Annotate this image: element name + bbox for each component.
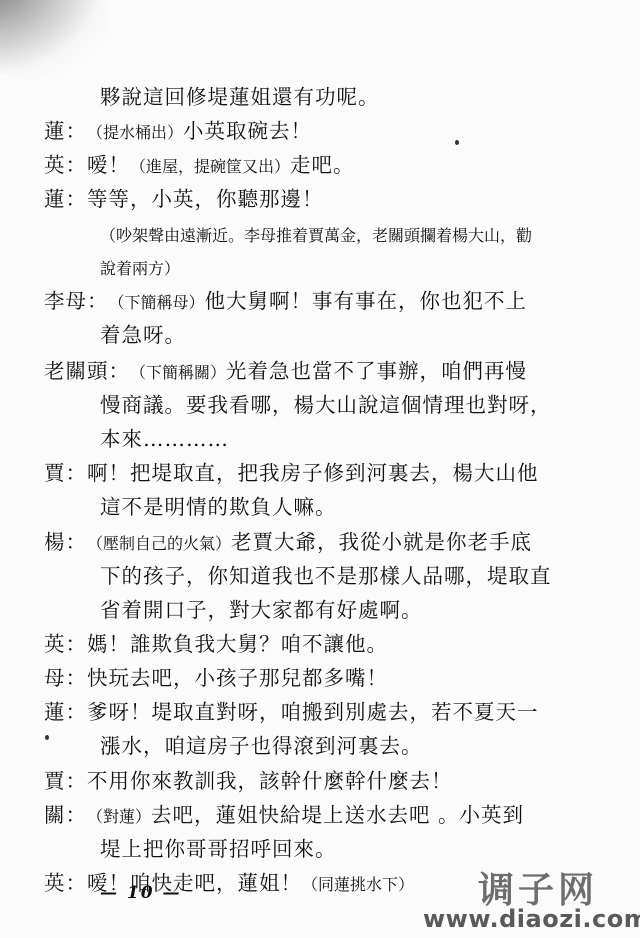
speaker-name: 蓮： (44, 186, 87, 212)
stage-direction: （下簡稱關） (130, 363, 226, 382)
script-line: 關：（對蓮）去吧，蓮姐快給堤上送水去吧 。小英到 (44, 802, 524, 830)
script-line: 賈：啊！把堤取直，把我房子修到河裏去，楊大山他 (44, 460, 539, 486)
script-line: 漲水，咱這房子也得滾到河裏去。 (100, 733, 423, 759)
script-line: 蓮：爹呀！堤取直對呀，咱搬到別處去，若不夏天一 (44, 699, 539, 725)
speaker-name: 英： (44, 870, 87, 896)
script-line: 楊：（壓制自己的火氣）老賈大爺，我從小就是你老手底 (44, 529, 532, 557)
script-line: 李母：（下簡稱母）他大舅啊！事有事在，你也犯不上 (44, 288, 527, 316)
script-line: 下的孩子，你知道我也不是那樣人品哪，堤取直 (100, 563, 552, 589)
script-line: （吵架聲由遠漸近。李母推着賈萬金，老關頭攔着楊大山，勸 (100, 221, 532, 249)
script-line: 慢商議。要我看哪，楊大山說這個情理也對呀， (100, 392, 552, 418)
script-line: 蓮：（提水桶出）小英取碗去！ (44, 118, 312, 146)
dialogue-text: 這不是明情的欺負人嘛。 (100, 495, 337, 519)
script-line: 老關頭：（下簡稱關）光着急也當不了事辦，咱們再慢 (44, 358, 527, 386)
stage-direction: （下簡稱母） (109, 293, 205, 312)
script-line: 這不是明情的欺負人嘛。 (100, 494, 337, 520)
dialogue-text: 慢商議。要我看哪，楊大山說這個情理也對呀， (100, 393, 552, 417)
ink-speck (45, 735, 49, 740)
watermark-url: www.diaozi.com (423, 905, 640, 933)
script-line: 英：嗳！（進屋，提碗筐又出）走吧。 (44, 152, 355, 180)
script-line: 着急呀。 (100, 322, 186, 348)
stage-direction: （壓制自己的火氣） (87, 534, 231, 553)
speaker-name: 英： (44, 152, 87, 178)
stage-direction: （對蓮） (87, 807, 151, 826)
speaker-name: 李母： (44, 288, 109, 314)
dialogue-text: 快玩去吧，小孩子那兒都多嘴！ (87, 666, 388, 690)
dialogue-text: 夥說這回修堤蓮姐還有功呢。 (100, 85, 380, 109)
dialogue-text: 走吧。 (290, 153, 355, 177)
stage-direction: （提水桶出） (87, 123, 183, 142)
dialogue-text: 嗳！ (87, 153, 130, 177)
speaker-name: 蓮： (44, 699, 87, 725)
dialogue-text: 省着開口子，對大家都有好處啊。 (100, 598, 423, 622)
script-line: 本來………… (100, 426, 229, 452)
speaker-name: 關： (44, 802, 87, 828)
dialogue-text: 啊！把堤取直，把我房子修到河裏去，楊大山他 (87, 461, 539, 485)
speaker-name: 英： (44, 631, 87, 657)
scan-smudge (0, 0, 110, 80)
script-line: 英：媽！誰欺負我大舅？咱不讓他。 (44, 631, 388, 657)
dialogue-text: 不用你來教訓我，該幹什麼幹什麼去！ (87, 769, 453, 793)
stage-direction: （進屋，提碗筐又出） (130, 157, 290, 176)
script-line: 夥說這回修堤蓮姐還有功呢。 (100, 84, 380, 110)
stage-direction: （同蓮挑水下） (302, 875, 414, 894)
stage-direction: （吵架聲由遠漸近。李母推着賈萬金，老關頭攔着楊大山，勸 (100, 226, 532, 245)
dialogue-text: 小英取碗去！ (183, 119, 312, 143)
dialogue-text: 他大舅啊！事有事在，你也犯不上 (205, 289, 528, 313)
dialogue-text: 光着急也當不了事辦，咱們再慢 (226, 359, 527, 383)
script-line: 省着開口子，對大家都有好處啊。 (100, 597, 423, 623)
speaker-name: 母： (44, 665, 87, 691)
page-number: — 10 — (100, 883, 182, 903)
speaker-name: 賈： (44, 768, 87, 794)
speaker-name: 老關頭： (44, 358, 130, 384)
stage-direction: 說着兩方） (100, 259, 180, 278)
ink-speck (455, 140, 459, 145)
dialogue-text: 爹呀！堤取直對呀，咱搬到別處去，若不夏天一 (87, 700, 539, 724)
speaker-name: 賈： (44, 460, 87, 486)
dialogue-text: 堤上把你哥哥招呼回來。 (100, 837, 337, 861)
dialogue-text: 漲水，咱這房子也得滾到河裏去。 (100, 734, 423, 758)
script-line: 堤上把你哥哥招呼回來。 (100, 836, 337, 862)
speaker-name: 楊： (44, 529, 87, 555)
script-line: 母：快玩去吧，小孩子那兒都多嘴！ (44, 665, 388, 691)
script-line: 蓮：等等，小英，你聽那邊！ (44, 186, 324, 212)
script-line: 賈：不用你來教訓我，該幹什麼幹什麼去！ (44, 768, 453, 794)
dialogue-text: 着急呀。 (100, 323, 186, 347)
dialogue-text: 等等，小英，你聽那邊！ (87, 187, 324, 211)
dialogue-text: 本來………… (100, 427, 229, 451)
dialogue-text: 媽！誰欺負我大舅？咱不讓他。 (87, 632, 388, 656)
speaker-name: 蓮： (44, 118, 87, 144)
script-line: 說着兩方） (100, 254, 180, 282)
dialogue-text: 老賈大爺，我從小就是你老手底 (231, 530, 532, 554)
dialogue-text: 去吧，蓮姐快給堤上送水去吧 。小英到 (151, 803, 524, 827)
dialogue-text: 下的孩子，你知道我也不是那樣人品哪，堤取直 (100, 564, 552, 588)
